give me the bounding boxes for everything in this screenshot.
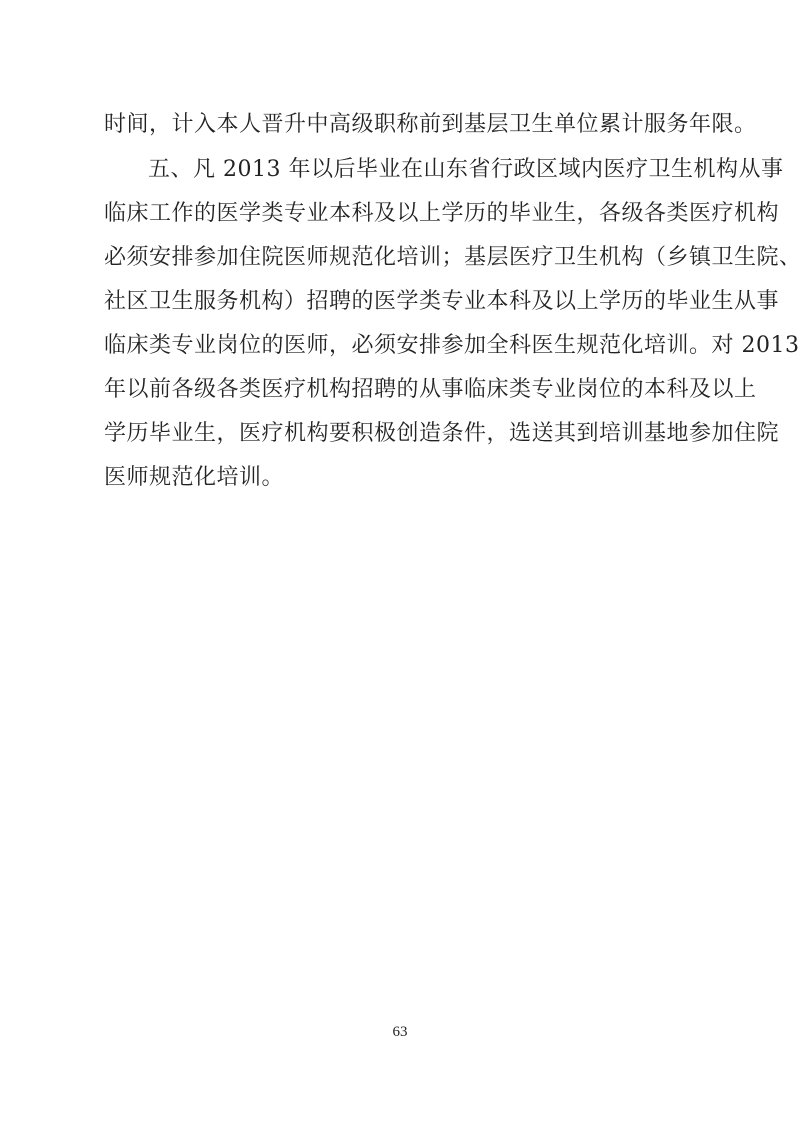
paragraph-5-line-4: 社区卫生服务机构）招聘的医学类专业本科及以上学历的毕业生从事 xyxy=(104,287,708,317)
paragraph-5-line-6: 年以前各级各类医疗机构招聘的从事临床类专业岗位的本科及以上 xyxy=(104,375,708,405)
document-page: 时间，计入本人晋升中高级职称前到基层卫生单位累计服务年限。 五、凡 2013 年… xyxy=(0,0,800,1129)
paragraph-5-line-7: 学历毕业生，医疗机构要积极创造条件，选送其到培训基地参加住院 xyxy=(104,419,708,449)
paragraph-5-line-2: 临床工作的医学类专业本科及以上学历的毕业生，各级各类医疗机构 xyxy=(104,199,708,229)
paragraph-5-line-8: 医师规范化培训。 xyxy=(104,463,708,493)
paragraph-5-line-3: 必须安排参加住院医师规范化培训；基层医疗卫生机构（乡镇卫生院、 xyxy=(104,243,708,273)
paragraph-5-line-1: 五、凡 2013 年以后毕业在山东省行政区域内医疗卫生机构从事 xyxy=(148,155,708,185)
page-number: 63 xyxy=(0,1024,800,1041)
paragraph-line-1: 时间，计入本人晋升中高级职称前到基层卫生单位累计服务年限。 xyxy=(104,110,708,140)
paragraph-5-line-5: 临床类专业岗位的医师，必须安排参加全科医生规范化培训。对 2013 xyxy=(104,331,708,361)
